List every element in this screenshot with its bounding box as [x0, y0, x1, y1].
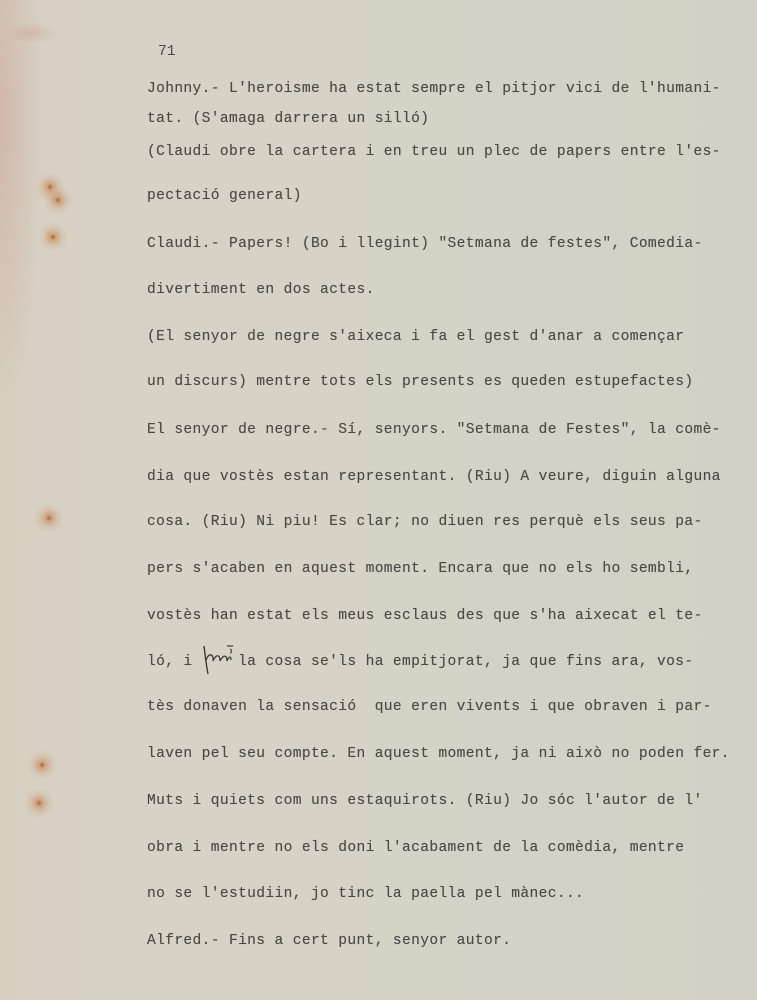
text-line: tès donaven la sensació que eren vivents…	[147, 698, 712, 716]
text-line: pers s'acaben en aquest moment. Encara q…	[147, 560, 693, 578]
document-page: 71 Johnny.- L'heroisme ha estat sempre e…	[0, 0, 757, 1000]
stain-mark	[24, 788, 54, 818]
text-line: (Claudi obre la cartera i en treu un ple…	[147, 143, 721, 161]
text-line: pectació general)	[147, 187, 302, 205]
text-line: divertiment en dos actes.	[147, 281, 375, 299]
text-line: vostès han estat els meus esclaus des qu…	[147, 607, 703, 625]
stain-mark	[38, 222, 68, 252]
text-line: Muts i quiets com uns estaquirots. (Riu)…	[147, 792, 703, 810]
stain-mark	[43, 185, 73, 215]
text-line: dia que vostès estan representant. (Riu)…	[147, 468, 721, 486]
text-line: un discurs) mentre tots els presents es …	[147, 373, 693, 391]
text-line: Alfred.- Fins a cert punt, senyor autor.	[147, 932, 511, 950]
text-line: obra i mentre no els doni l'acabament de…	[147, 839, 684, 857]
text-line: no se l'estudiin, jo tinc la paella pel …	[147, 885, 584, 903]
text-line: Johnny.- L'heroisme ha estat sempre el p…	[147, 80, 721, 98]
page-number: 71	[158, 44, 176, 60]
text-line: El senyor de negre.- Sí, senyors. "Setma…	[147, 421, 721, 439]
text-line: laven pel seu compte. En aquest moment, …	[147, 745, 730, 763]
text-line: cosa. (Riu) Ni piu! Es clar; no diuen re…	[147, 513, 703, 531]
text-line: (El senyor de negre s'aixeca i fa el ges…	[147, 328, 684, 346]
text-line: tat. (S'amaga darrera un silló)	[147, 110, 429, 128]
stain-mark	[34, 503, 64, 533]
text-line: Claudi.- Papers! (Bo i llegint) "Setmana…	[147, 235, 703, 253]
stain-mark	[27, 750, 57, 780]
handwritten-correction-mark	[200, 640, 240, 680]
